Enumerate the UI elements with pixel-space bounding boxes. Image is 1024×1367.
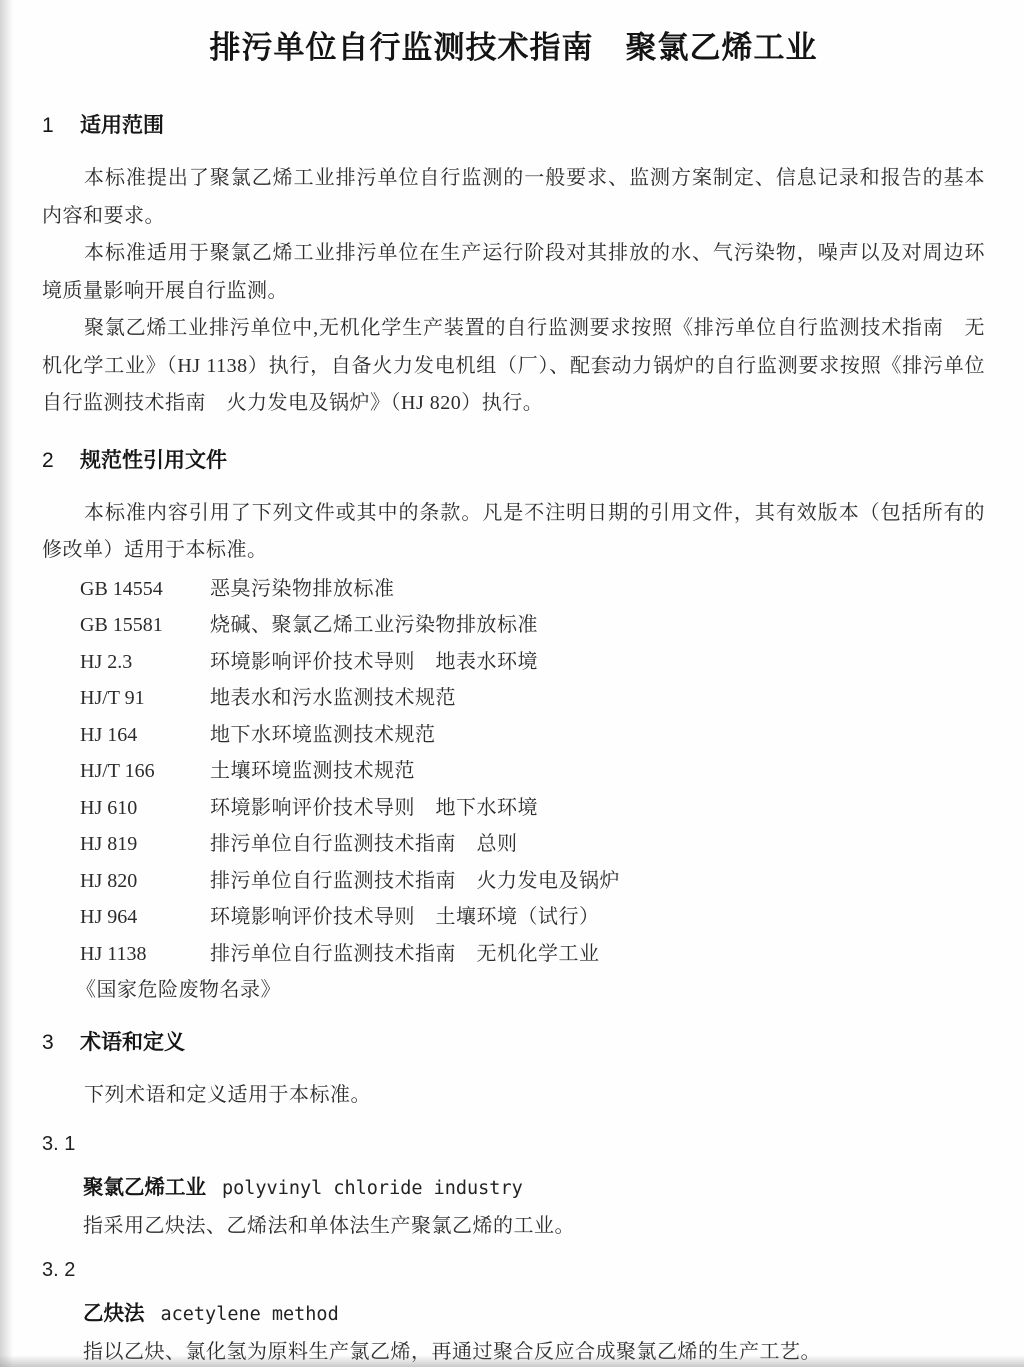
- reference-title: 地表水和污水监测技术规范: [210, 680, 456, 717]
- section-1-paragraph-1: 本标准提出了聚氯乙烯工业排污单位自行监测的一般要求、监测方案制定、信息记录和报告…: [42, 160, 985, 235]
- term-heading: 聚氯乙烯工业polyvinyl chloride industry: [83, 1174, 985, 1203]
- reference-code: HJ/T 91: [80, 680, 210, 717]
- reference-title: 环境影响评价技术导则 地下水环境: [210, 790, 538, 827]
- reference-code: GB 14554: [80, 571, 210, 608]
- reference-item: HJ 820 排污单位自行监测技术指南 火力发电及锅炉: [80, 863, 985, 900]
- term-english: polyvinyl chloride industry: [222, 1178, 523, 1199]
- section-1-paragraph-3: 聚氯乙烯工业排污单位中,无机化学生产装置的自行监测要求按照《排污单位自行监测技术…: [42, 310, 985, 423]
- reference-item: HJ/T 91 地表水和污水监测技术规范: [80, 680, 985, 717]
- reference-title: 恶臭污染物排放标准: [210, 571, 395, 608]
- term-3-2: 3. 2 乙炔法acetylene method 指以乙炔、氯化氢为原料生产氯乙…: [42, 1257, 985, 1366]
- reference-item: HJ 164 地下水环境监测技术规范: [80, 717, 985, 754]
- reference-list: GB 14554 恶臭污染物排放标准 GB 15581 烧碱、聚氯乙烯工业污染物…: [42, 571, 985, 1009]
- section-2-number: 2: [42, 447, 80, 475]
- reference-item: GB 15581 烧碱、聚氯乙烯工业污染物排放标准: [80, 607, 985, 644]
- reference-code: HJ 610: [80, 790, 210, 827]
- section-2-intro: 本标准内容引用了下列文件或其中的条款。凡是不注明日期的引用文件，其有效版本（包括…: [42, 495, 985, 570]
- section-2-heading: 2 规范性引用文件: [42, 447, 985, 475]
- reference-catalog: 《国家危险废物名录》: [76, 972, 985, 1009]
- section-3-intro: 下列术语和定义适用于本标准。: [42, 1077, 985, 1115]
- reference-code: HJ 819: [80, 826, 210, 863]
- reference-code: HJ 820: [80, 863, 210, 900]
- term-definition: 指以乙炔、氯化氢为原料生产氯乙烯，再通过聚合反应合成聚氯乙烯的生产工艺。: [83, 1338, 985, 1366]
- term-number: 3. 2: [42, 1257, 985, 1283]
- reference-item: HJ/T 166 土壤环境监测技术规范: [80, 753, 985, 790]
- reference-code: HJ 964: [80, 899, 210, 936]
- term-definition: 指采用乙炔法、乙烯法和单体法生产聚氯乙烯的工业。: [83, 1212, 985, 1240]
- term-chinese: 聚氯乙烯工业: [83, 1176, 206, 1199]
- reference-item: HJ 964 环境影响评价技术导则 土壤环境（试行）: [80, 899, 985, 936]
- reference-title: 环境影响评价技术导则 土壤环境（试行）: [210, 899, 600, 936]
- reference-title: 地下水环境监测技术规范: [210, 717, 436, 754]
- reference-title: 环境影响评价技术导则 地表水环境: [210, 644, 538, 681]
- term-chinese: 乙炔法: [83, 1302, 145, 1325]
- section-1-paragraph-2: 本标准适用于聚氯乙烯工业排污单位在生产运行阶段对其排放的水、气污染物，噪声以及对…: [42, 235, 985, 310]
- reference-code: HJ 1138: [80, 936, 210, 973]
- section-2-title: 规范性引用文件: [80, 447, 227, 475]
- reference-title: 排污单位自行监测技术指南 火力发电及锅炉: [210, 863, 620, 900]
- reference-item: HJ 2.3 环境影响评价技术导则 地表水环境: [80, 644, 985, 681]
- reference-code: HJ/T 166: [80, 753, 210, 790]
- section-3-number: 3: [42, 1029, 80, 1057]
- section-1-title: 适用范围: [80, 112, 164, 140]
- reference-code: GB 15581: [80, 607, 210, 644]
- section-3-title: 术语和定义: [80, 1029, 185, 1057]
- section-3-heading: 3 术语和定义: [42, 1029, 985, 1057]
- term-number: 3. 1: [42, 1131, 985, 1157]
- section-1-number: 1: [42, 112, 80, 140]
- section-1-heading: 1 适用范围: [42, 112, 985, 140]
- reference-item: HJ 1138 排污单位自行监测技术指南 无机化学工业: [80, 936, 985, 973]
- document-title: 排污单位自行监测技术指南 聚氯乙烯工业: [42, 26, 985, 70]
- reference-item: HJ 610 环境影响评价技术导则 地下水环境: [80, 790, 985, 827]
- reference-code: HJ 164: [80, 717, 210, 754]
- document-page: 排污单位自行监测技术指南 聚氯乙烯工业 1 适用范围 本标准提出了聚氯乙烯工业排…: [0, 0, 1024, 1367]
- reference-title: 排污单位自行监测技术指南 无机化学工业: [210, 936, 600, 973]
- reference-code: HJ 2.3: [80, 644, 210, 681]
- reference-title: 烧碱、聚氯乙烯工业污染物排放标准: [210, 607, 538, 644]
- term-3-1: 3. 1 聚氯乙烯工业polyvinyl chloride industry 指…: [42, 1131, 985, 1240]
- reference-title: 排污单位自行监测技术指南 总则: [210, 826, 518, 863]
- reference-title: 土壤环境监测技术规范: [210, 753, 415, 790]
- reference-item: HJ 819 排污单位自行监测技术指南 总则: [80, 826, 985, 863]
- reference-item: GB 14554 恶臭污染物排放标准: [80, 571, 985, 608]
- term-english: acetylene method: [161, 1304, 339, 1325]
- term-heading: 乙炔法acetylene method: [83, 1300, 985, 1329]
